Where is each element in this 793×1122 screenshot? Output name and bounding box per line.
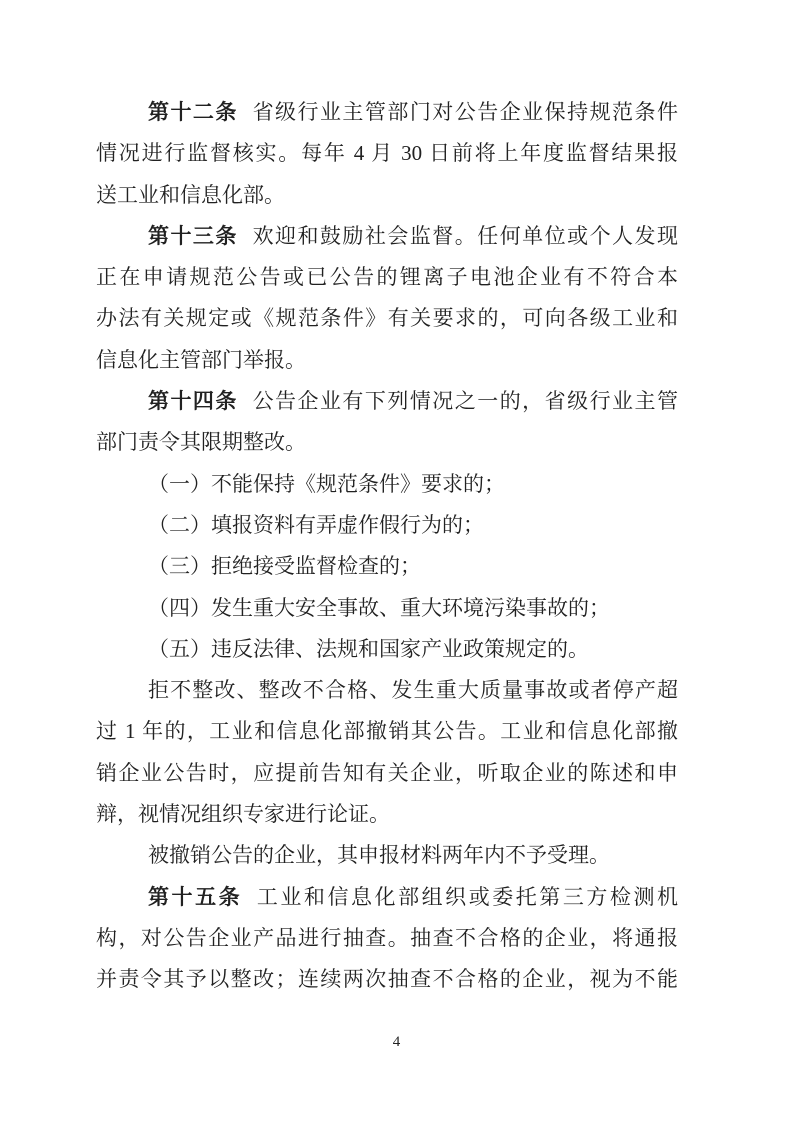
paragraph-line: 办法有关规定或《规范条件》有关要求的，可向各级工业和 bbox=[96, 298, 678, 339]
paragraph-line: 信息化主管部门举报。 bbox=[96, 340, 678, 381]
page-content: 第十二条省级行业主管部门对公告企业保持规范条件 情况进行监督核实。每年 4 月 … bbox=[96, 92, 678, 1001]
paragraph-line: 辩，视情况组织专家进行论证。 bbox=[96, 794, 678, 835]
paragraph-line: 部门责令其限期整改。 bbox=[96, 422, 678, 463]
document-page: 第十二条省级行业主管部门对公告企业保持规范条件 情况进行监督核实。每年 4 月 … bbox=[0, 0, 793, 1122]
line-text: 构，对公告企业产品进行抽查。抽查不合格的企业，将通报 bbox=[96, 926, 678, 950]
paragraph-line: 第十三条欢迎和鼓励社会监督。任何单位或个人发现 bbox=[96, 216, 678, 257]
paragraph-line: 第十二条省级行业主管部门对公告企业保持规范条件 bbox=[96, 92, 678, 133]
paragraph-line: 被撤销公告的企业，其申报材料两年内不予受理。 bbox=[96, 835, 678, 876]
paragraph-line: 销企业公告时，应提前告知有关企业，听取企业的陈述和申 bbox=[96, 753, 678, 794]
paragraph-line: 过 1 年的，工业和信息化部撤销其公告。工业和信息化部撤 bbox=[96, 711, 678, 752]
line-text: （四）发生重大安全事故、重大环境污染事故的； bbox=[148, 596, 610, 620]
page-number: 4 bbox=[0, 1030, 793, 1054]
article-number: 第十二条 bbox=[148, 100, 238, 124]
paragraph-line: 拒不整改、整改不合格、发生重大质量事故或者停产超 bbox=[96, 670, 678, 711]
paragraph-line: 情况进行监督核实。每年 4 月 30 日前将上年度监督结果报 bbox=[96, 133, 678, 174]
line-text: 过 1 年的，工业和信息化部撤销其公告。工业和信息化部撤 bbox=[96, 719, 678, 743]
list-item-line: （二）填报资料有弄虚作假行为的； bbox=[96, 505, 678, 546]
paragraph-line: 送工业和信息化部。 bbox=[96, 175, 678, 216]
line-text: （三）拒绝接受监督检查的； bbox=[148, 554, 421, 578]
list-item-line: （五）违反法律、法规和国家产业政策规定的。 bbox=[96, 629, 678, 670]
line-text: 拒不整改、整改不合格、发生重大质量事故或者停产超 bbox=[148, 678, 678, 702]
article-number: 第十五条 bbox=[148, 885, 242, 909]
line-text: 情况进行监督核实。每年 4 月 30 日前将上年度监督结果报 bbox=[96, 141, 678, 165]
paragraph-line: 构，对公告企业产品进行抽查。抽查不合格的企业，将通报 bbox=[96, 918, 678, 959]
line-text: 欢迎和鼓励社会监督。任何单位或个人发现 bbox=[253, 224, 678, 248]
line-text: 部门责令其限期整改。 bbox=[96, 430, 306, 454]
list-item-line: （三）拒绝接受监督检查的； bbox=[96, 546, 678, 587]
line-text: 工业和信息化部组织或委托第三方检测机 bbox=[257, 885, 678, 909]
line-text: 辩，视情况组织专家进行论证。 bbox=[96, 802, 390, 826]
line-text: 销企业公告时，应提前告知有关企业，听取企业的陈述和申 bbox=[96, 761, 678, 785]
article-number: 第十四条 bbox=[148, 389, 238, 413]
line-text: 被撤销公告的企业，其申报材料两年内不予受理。 bbox=[148, 843, 610, 867]
line-text: 送工业和信息化部。 bbox=[96, 183, 285, 207]
line-text: 省级行业主管部门对公告企业保持规范条件 bbox=[253, 100, 678, 124]
paragraph-line: 并责令其予以整改；连续两次抽查不合格的企业，视为不能 bbox=[96, 959, 678, 1000]
line-text: （一）不能保持《规范条件》要求的； bbox=[148, 472, 505, 496]
paragraph-line: 第十四条公告企业有下列情况之一的，省级行业主管 bbox=[96, 381, 678, 422]
paragraph-line: 第十五条工业和信息化部组织或委托第三方检测机 bbox=[96, 877, 678, 918]
list-item-line: （四）发生重大安全事故、重大环境污染事故的； bbox=[96, 588, 678, 629]
paragraph-line: 正在申请规范公告或已公告的锂离子电池企业有不符合本 bbox=[96, 257, 678, 298]
line-text: 信息化主管部门举报。 bbox=[96, 348, 306, 372]
line-text: 公告企业有下列情况之一的，省级行业主管 bbox=[253, 389, 678, 413]
list-item-line: （一）不能保持《规范条件》要求的； bbox=[96, 464, 678, 505]
line-text: 办法有关规定或《规范条件》有关要求的，可向各级工业和 bbox=[96, 306, 678, 330]
line-text: 并责令其予以整改；连续两次抽查不合格的企业，视为不能 bbox=[96, 967, 678, 991]
article-number: 第十三条 bbox=[148, 224, 238, 248]
line-text: （二）填报资料有弄虚作假行为的； bbox=[148, 513, 484, 537]
line-text: 正在申请规范公告或已公告的锂离子电池企业有不符合本 bbox=[96, 265, 678, 289]
line-text: （五）违反法律、法规和国家产业政策规定的。 bbox=[148, 637, 589, 661]
